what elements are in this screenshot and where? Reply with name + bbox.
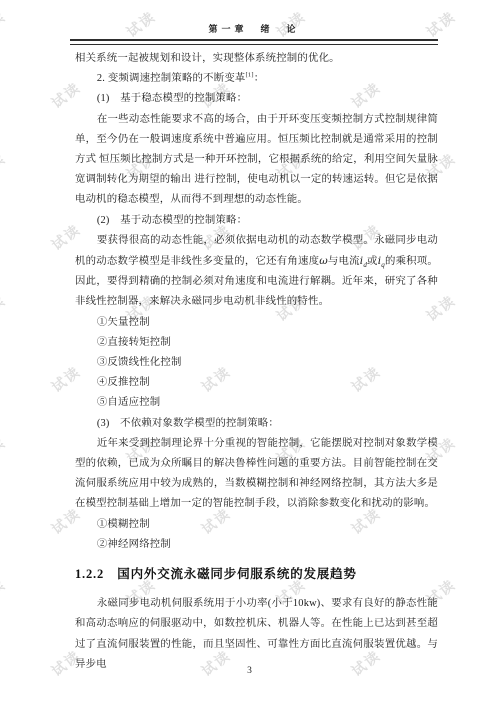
watermark-text: 试读 [0, 432, 10, 467]
page-footer: 3 [0, 666, 499, 676]
list-item-adaptive-control: ⑤自适应控制 [75, 393, 438, 413]
list-item-feedback-linearization: ③反馈线性化控制 [75, 353, 438, 373]
header-double-rule [70, 39, 438, 45]
subheading-dynamic-model: (2) 基于动态模型的控制策略： [75, 211, 438, 231]
subheading-model-free: (3) 不依赖对象数学模型的控制策略： [75, 414, 438, 434]
strategy-change-colon: ： [254, 73, 265, 84]
watermark-text: 试读 [0, 574, 10, 609]
paragraph-intro: 相关系统一起被规划和设计，实现整体系统控制的优化。 [75, 49, 438, 69]
watermark-text: 试读 [0, 148, 10, 183]
list-item-backstepping-control: ④反推控制 [75, 373, 438, 393]
paragraph-dynamic-model: 要获得很高的动态性能，必须依据电动机的动态数学模型。永磁同步电动机的动态数学模型… [75, 231, 438, 313]
page-number: 3 [247, 666, 252, 676]
list-item-strategy-change: 2. 变频调速控制策略的不断变革[1]： [75, 69, 438, 89]
dynamic-seg2: 与电流 [328, 256, 360, 267]
list-item-neural-network-control: ②神经网络控制 [75, 535, 438, 555]
strategy-change-text: 2. 变频调速控制策略的不断变革 [97, 73, 246, 84]
subheading-steady-model: (1) 基于稳态模型的控制策略： [75, 89, 438, 109]
chapter-title: 第一章 绪 论 [70, 22, 438, 35]
omega-symbol: ω [319, 255, 328, 267]
list-item-direct-torque-control: ②直接转矩控制 [75, 333, 438, 353]
watermark-text: 试读 [0, 6, 10, 41]
section-heading-1-2-2: 1.2.2 国内外交流永磁同步伺服系统的发展趋势 [75, 564, 438, 584]
paragraph-intelligent-control: 近年来受到控制理论界十分重视的智能控制，它能摆脱对控制对象数学模型的依赖，已成为… [75, 434, 438, 515]
list-item-vector-control: ①矢量控制 [75, 313, 438, 333]
body-content: 相关系统一起被规划和设计，实现整体系统控制的优化。 2. 变频调速控制策略的不断… [75, 49, 438, 675]
document-page: 试读试读试读试读试读试读试读试读试读试读试读试读试读试读试读试读试读试读试读试读… [0, 0, 499, 706]
dynamic-seg3: 或 [367, 256, 378, 267]
watermark-text: 试读 [0, 290, 10, 325]
paragraph-steady-model: 在一些动态性能要求不高的场合，由于开环变压变频控制方式控制规律简单，至今仍在一般… [75, 110, 438, 211]
page-header: 第一章 绪 论 [70, 22, 438, 45]
citation-marker: [1] [246, 72, 254, 79]
list-item-fuzzy-control: ①模糊控制 [75, 515, 438, 535]
paragraph-pmsm-trend: 永磁同步电动机伺服系统用于小功率(小于10kw)、要求有良好的静态性能和高动态响… [75, 594, 438, 675]
